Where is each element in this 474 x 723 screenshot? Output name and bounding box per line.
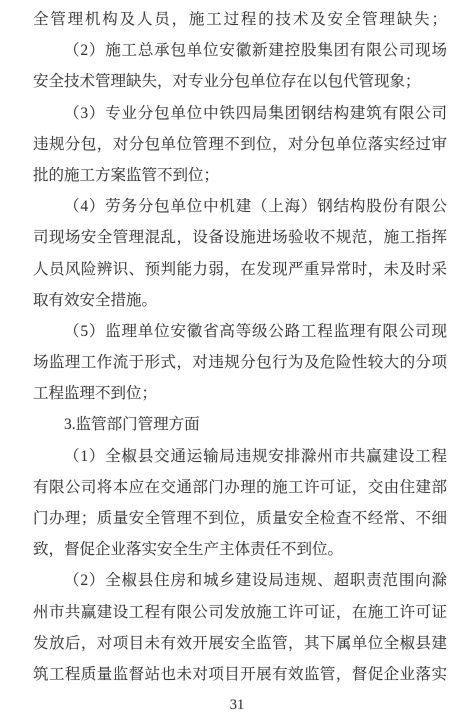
document-line: 有限公司将本应在交通部门办理的施工许可证，交由住建部 bbox=[33, 472, 447, 503]
document-line: 违规分包，对分包单位管理不到位，对分包单位落实经过审 bbox=[33, 129, 447, 160]
document-line: 致，督促企业落实安全生产主体责任不到位。 bbox=[33, 534, 447, 565]
document-line: （5）监理单位安徽省高等级公路工程监理有限公司现 bbox=[33, 316, 447, 347]
page-number: 31 bbox=[0, 695, 474, 715]
document-line: （1）全椒县交通运输局违规安排滁州市共赢建设工程 bbox=[33, 441, 447, 472]
document-line: （4）劳务分包单位中机建（上海）钢结构股份有限公 bbox=[33, 191, 447, 222]
document-line: 场监理工作流于形式，对违规分包行为及危险性较大的分项 bbox=[33, 347, 447, 378]
document-line: 批的施工方案监管不到位； bbox=[33, 160, 447, 191]
section-heading: 3.监管部门管理方面 bbox=[33, 409, 447, 440]
document-line: （3）专业分包单位中铁四局集团钢结构建筑有限公司 bbox=[33, 98, 447, 129]
document-line: （2）施工总承包单位安徽新建控股集团有限公司现场 bbox=[33, 35, 447, 66]
document-line: 取有效安全措施。 bbox=[33, 285, 447, 316]
document-line: 州市共赢建设工程有限公司发放施工许可证，在施工许可证 bbox=[33, 597, 447, 628]
document-line: 发放后，对项目未有效开展安全监管，其下属单位全椒县建 bbox=[33, 628, 447, 659]
document-page: 全管理机构及人员，施工过程的技术及安全管理缺失； （2）施工总承包单位安徽新建控… bbox=[0, 0, 474, 723]
document-line: 全管理机构及人员，施工过程的技术及安全管理缺失； bbox=[33, 4, 447, 35]
document-body: 全管理机构及人员，施工过程的技术及安全管理缺失； （2）施工总承包单位安徽新建控… bbox=[0, 0, 474, 690]
document-line: 筑工程质量监督站也未对项目开展有效监管，督促企业落实 bbox=[33, 659, 447, 690]
document-line: 司现场安全管理混乱，设备设施进场验收不规范，施工指挥 bbox=[33, 222, 447, 253]
document-line: 安全技术管理缺失，对专业分包单位存在以包代管现象； bbox=[33, 66, 447, 97]
document-line: 人员风险辨识、预判能力弱，在发现严重异常时，未及时采 bbox=[33, 254, 447, 285]
document-line: 门办理；质量安全管理不到位，质量安全检查不经常、不细 bbox=[33, 503, 447, 534]
document-line: （2）全椒县住房和城乡建设局违规、超职责范围向滁 bbox=[33, 565, 447, 596]
document-line: 工程监理不到位； bbox=[33, 378, 447, 409]
